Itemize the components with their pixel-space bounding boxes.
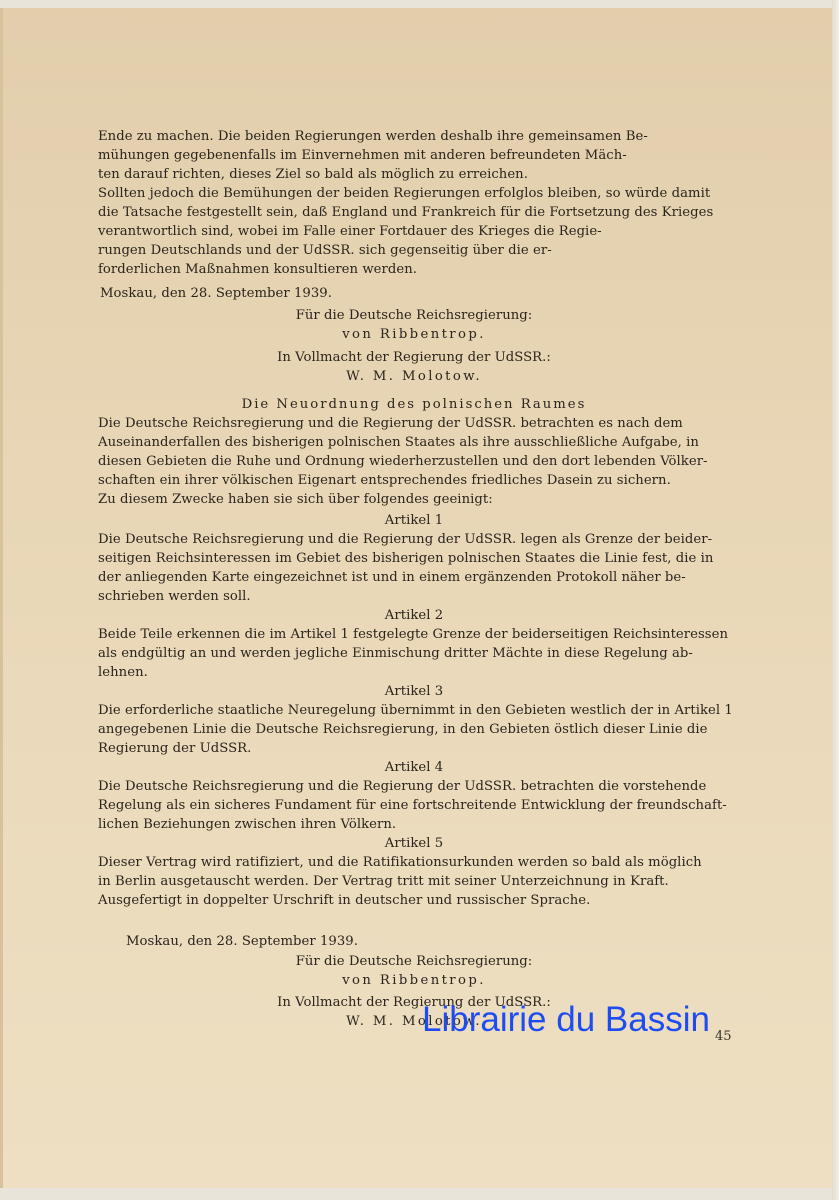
declaration-text: Ende zu machen. Die beiden Regierungen w… (98, 127, 730, 279)
text-line: Beide Teile erkennen die im Artikel 1 fe… (98, 625, 730, 644)
text-line: mühungen gegebenenfalls im Einvernehmen … (98, 146, 730, 165)
article-title: Artikel 2 (98, 606, 730, 625)
signatory-label-german: Für die Deutsche Reichsregierung: (98, 306, 730, 325)
text-line: Auseinanderfallen des bisherigen polnisc… (98, 433, 730, 452)
section-heading: Die Neuordnung des polnischen Raumes (98, 395, 730, 414)
text-line: seitigen Reichsinteressen im Gebiet des … (98, 549, 730, 568)
signature-block-1: Moskau, den 28. September 1939. Für die … (98, 284, 730, 386)
place-date: Moskau, den 28. September 1939. (98, 284, 730, 303)
article-title: Artikel 5 (98, 834, 730, 853)
treaty-section: Die Neuordnung des polnischen Raumes Die… (98, 395, 730, 910)
signatory-name-german: von Ribbentrop. (98, 971, 730, 990)
declaration-paragraph: Ende zu machen. Die beiden Regierungen w… (98, 127, 730, 279)
text-line: diesen Gebieten die Ruhe und Ordnung wie… (98, 452, 730, 471)
text-line: rungen Deutschlands und der UdSSR. sich … (98, 241, 730, 260)
text-line: Ende zu machen. Die beiden Regierungen w… (98, 127, 730, 146)
text-line: verantwortlich sind, wobei im Falle eine… (98, 222, 730, 241)
text-line: schaften ein ihrer völkischen Eigenart e… (98, 471, 730, 490)
article-title: Artikel 1 (98, 511, 730, 530)
text-line: als endgültig an und werden jegliche Ein… (98, 644, 730, 663)
text-line: der anliegenden Karte eingezeichnet ist … (98, 568, 730, 587)
article-title: Artikel 4 (98, 758, 730, 777)
signatory-name-soviet: W. M. Molotow. (98, 367, 730, 386)
article-title: Artikel 3 (98, 682, 730, 701)
text-line: schrieben werden soll. (98, 587, 730, 606)
text-line: Die Deutsche Reichsregierung und die Reg… (98, 777, 730, 796)
text-line: Zu diesem Zwecke haben sie sich über fol… (98, 490, 730, 509)
text-line: Die erforderliche staatliche Neuregelung… (98, 701, 730, 720)
text-line: Sollten jedoch die Bemühungen der beiden… (98, 184, 730, 203)
text-line: Ausgefertigt in doppelter Urschrift in d… (98, 891, 730, 910)
text-line: die Tatsache festgestellt sein, daß Engl… (98, 203, 730, 222)
preamble-paragraph: Die Deutsche Reichsregierung und die Reg… (98, 414, 730, 509)
article-paragraph: Die Deutsche Reichsregierung und die Reg… (98, 777, 730, 834)
watermark-text: Librairie du Bassin (422, 1000, 710, 1040)
signatory-name-german: von Ribbentrop. (98, 325, 730, 344)
text-line: Die Deutsche Reichsregierung und die Reg… (98, 414, 730, 433)
text-line: Dieser Vertrag wird ratifiziert, und die… (98, 853, 730, 872)
text-line: angegebenen Linie die Deutsche Reichsreg… (98, 720, 730, 739)
page-number: 45 (715, 1029, 732, 1044)
article-paragraph: Die Deutsche Reichsregierung und die Reg… (98, 530, 730, 606)
text-line: forderlichen Maßnahmen konsultieren werd… (98, 260, 730, 279)
text-line: ten darauf richten, dieses Ziel so bald … (98, 165, 730, 184)
article-paragraph: Dieser Vertrag wird ratifiziert, und die… (98, 853, 730, 910)
article-paragraph: Beide Teile erkennen die im Artikel 1 fe… (98, 625, 730, 682)
place-date: Moskau, den 28. September 1939. (98, 932, 730, 951)
article-paragraph: Die erforderliche staatliche Neuregelung… (98, 701, 730, 758)
text-line: lehnen. (98, 663, 730, 682)
signatory-label-german: Für die Deutsche Reichsregierung: (98, 952, 730, 971)
signatory-label-soviet: In Vollmacht der Regierung der UdSSR.: (98, 348, 730, 367)
page-edge (832, 0, 839, 1200)
text-line: Regelung als ein sicheres Fundament für … (98, 796, 730, 815)
text-line: in Berlin ausgetauscht werden. Der Vertr… (98, 872, 730, 891)
text-line: Die Deutsche Reichsregierung und die Reg… (98, 530, 730, 549)
text-line: lichen Beziehungen zwischen ihren Völker… (98, 815, 730, 834)
text-line: Regierung der UdSSR. (98, 739, 730, 758)
